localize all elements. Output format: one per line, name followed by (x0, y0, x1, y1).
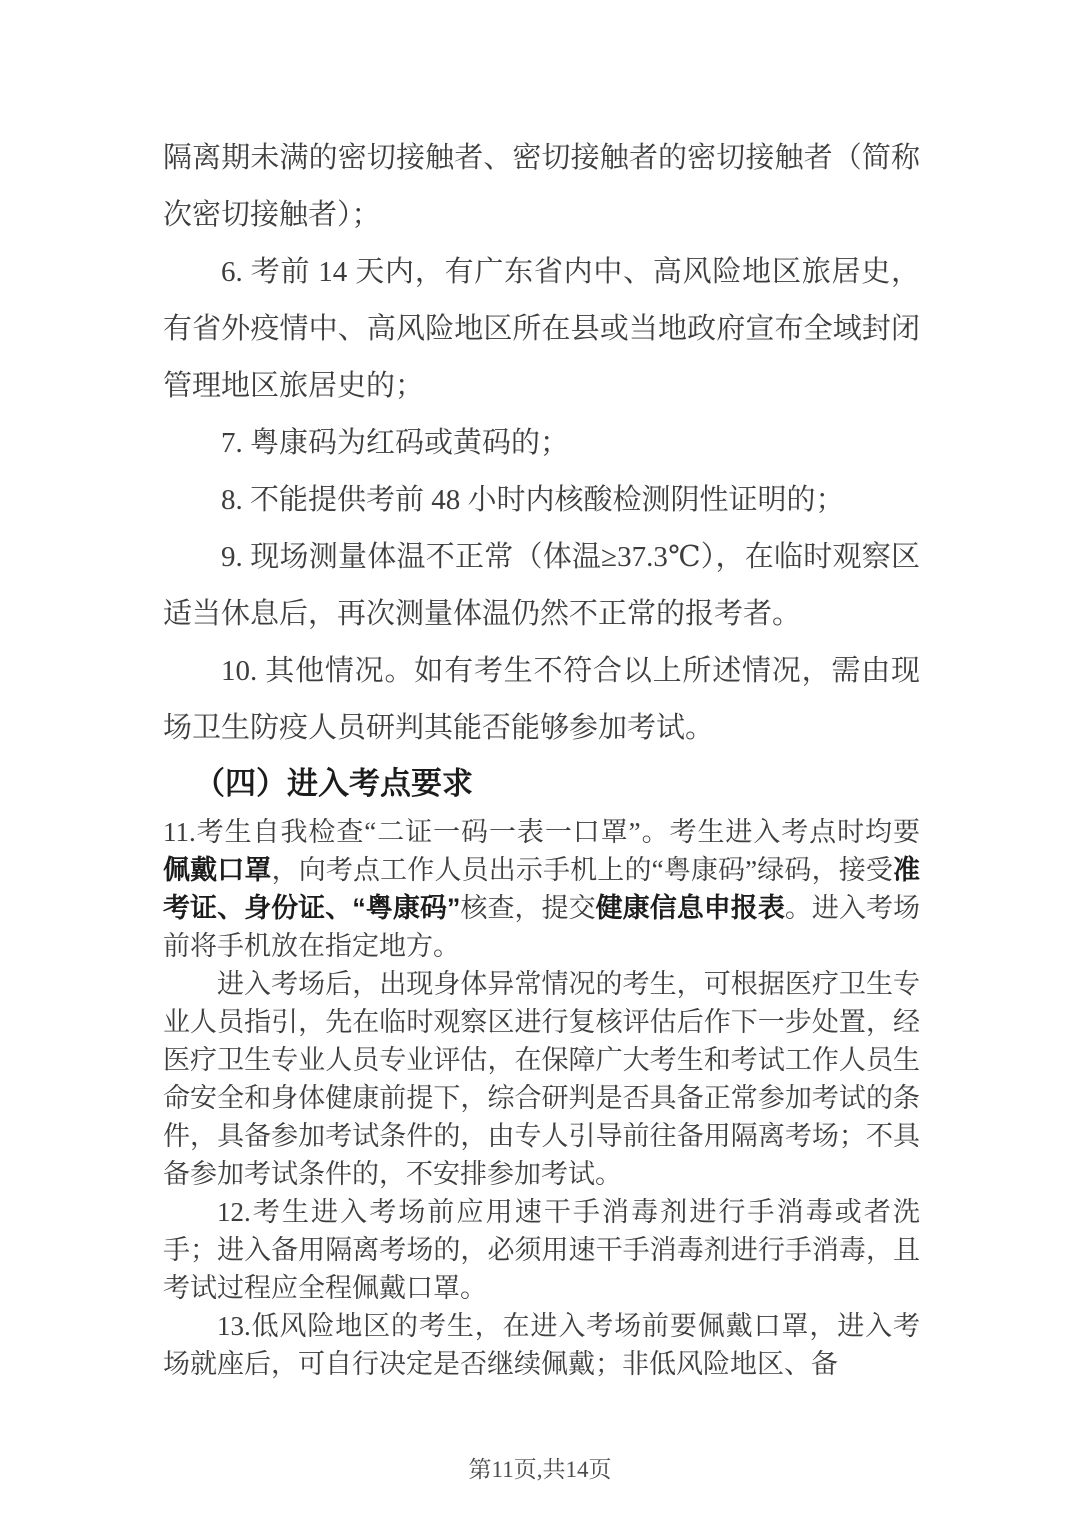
paragraph-item6: 6. 考前 14 天内，有广东省内中、高风险地区旅居史，有省外疫情中、高风险地区… (163, 244, 920, 415)
paragraph-entry-assessment: 进入考场后，出现身体异常情况的考生，可根据医疗卫生专业人员指引，先在临时观察区进… (163, 965, 920, 1193)
paragraph-item12: 12.考生进入考场前应用速干手消毒剂进行手消毒或者洗手；进入备用隔离考场的，必须… (163, 1193, 920, 1307)
item11-text-segment: 11.考生自我检查“二证一码一表一口罩”。考生进入考点时均要 (163, 817, 920, 847)
paragraph-item9: 9. 现场测量体温不正常（体温≥37.3℃），在临时观察区适当休息后，再次测量体… (163, 529, 920, 643)
section-heading-entry-requirements: （四）进入考点要求 (163, 761, 920, 807)
paragraph-item13: 13.低风险地区的考生，在进入考场前要佩戴口罩，进入考场就座后，可自行决定是否继… (163, 1307, 920, 1383)
paragraph-item7: 7. 粤康码为红码或黄码的； (163, 415, 920, 472)
document-content: 隔离期未满的密切接触者、密切接触者的密切接触者（简称次密切接触者）； 6. 考前… (163, 130, 920, 1383)
item11-bold-health-declaration: 健康信息申报表 (596, 893, 785, 923)
paragraph-item10: 10. 其他情况。如有考生不符合以上所述情况，需由现场卫生防疫人员研判其能否能够… (163, 643, 920, 757)
document-page: 隔离期未满的密切接触者、密切接触者的密切接触者（简称次密切接触者）； 6. 考前… (0, 0, 1080, 1527)
paragraph-item8: 8. 不能提供考前 48 小时内核酸检测阴性证明的； (163, 472, 920, 529)
item11-bold-wear-mask: 佩戴口罩 (163, 855, 272, 885)
paragraph-item11: 11.考生自我检查“二证一码一表一口罩”。考生进入考点时均要佩戴口罩，向考点工作… (163, 813, 920, 965)
page-number-footer: 第11页,共14页 (0, 1455, 1080, 1485)
paragraph-item5-continuation: 隔离期未满的密切接触者、密切接触者的密切接触者（简称次密切接触者）； (163, 130, 920, 244)
item11-text-segment: 核查，提交 (460, 893, 595, 923)
item11-text-segment: ，向考点工作人员出示手机上的“粤康码”绿码，接受 (272, 855, 893, 885)
